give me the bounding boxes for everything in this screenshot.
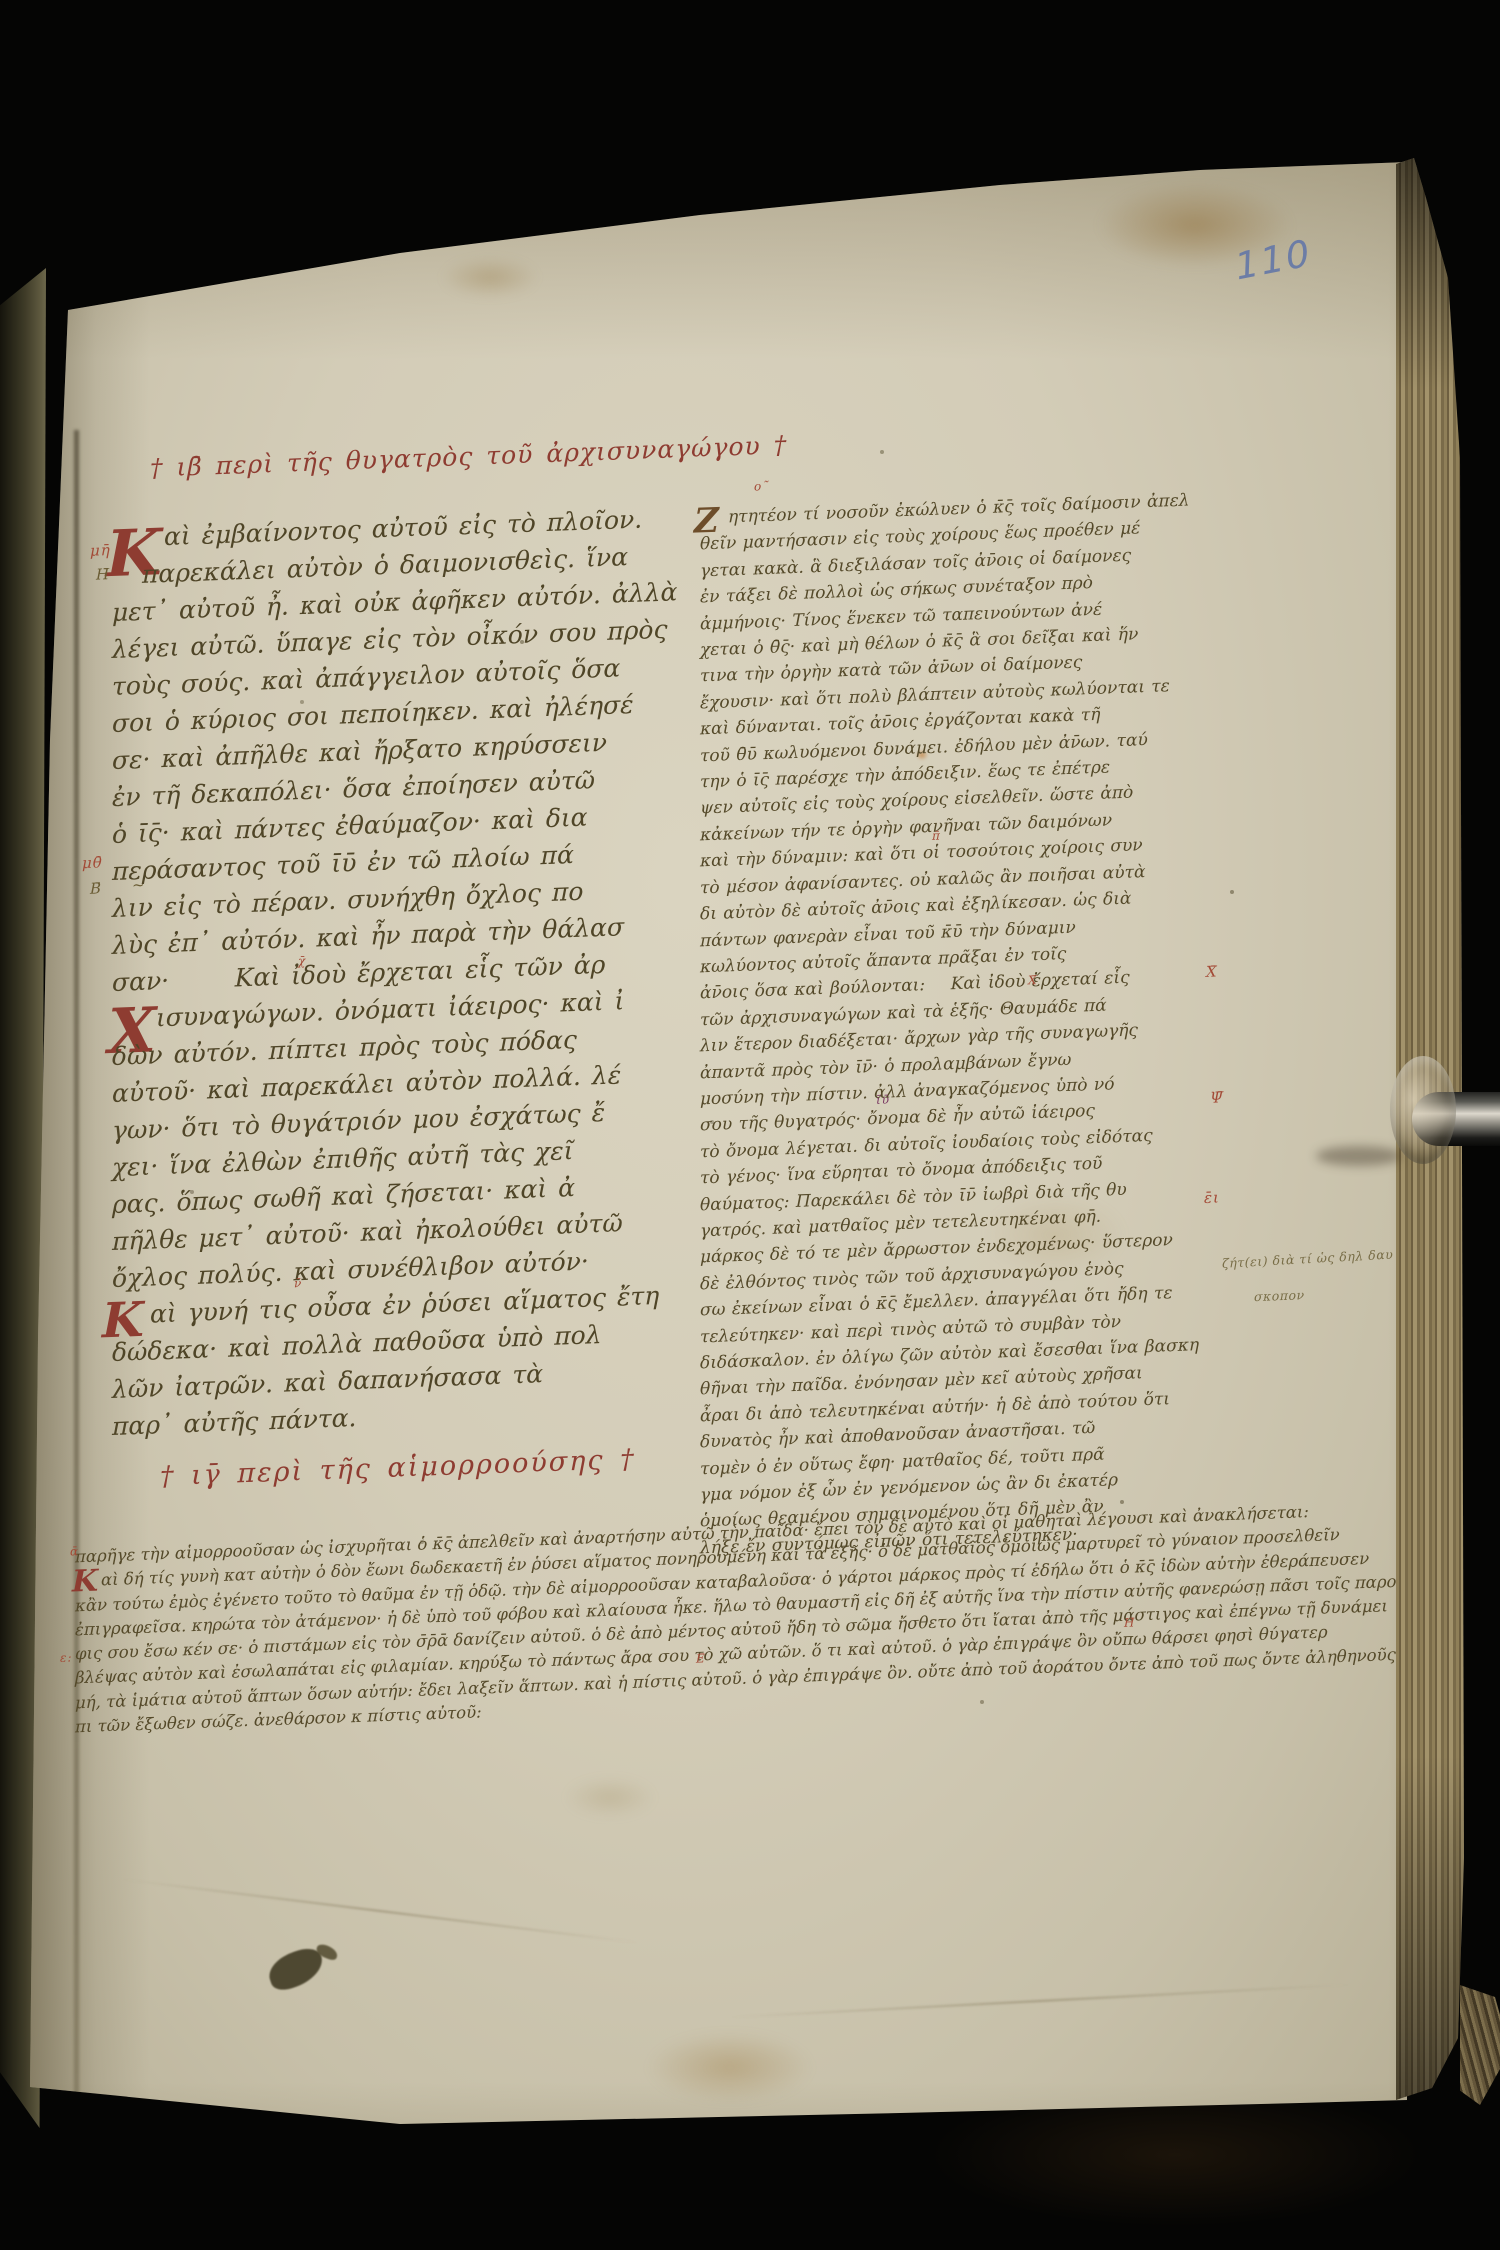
marginal-gloss-line: σκοπον [1254, 1287, 1305, 1304]
folio-number: 110 [1232, 231, 1314, 288]
page-holder-tip[interactable] [1390, 1056, 1456, 1164]
ammonian-section-number: μθ̄ [82, 853, 103, 872]
chapter-heading-12: † ιβ̄ περὶ τῆς θυγατρὸς τοῦ ἀρχισυναγώγο… [150, 430, 787, 482]
ammonian-section-number: μη̄ [90, 541, 111, 560]
section-mark-nu: ν̄ [294, 1276, 302, 1290]
manuscript-page[interactable]: 110 † ιβ̄ περὶ τῆς θυγατρὸς τοῦ ἀρχισυνα… [30, 140, 1478, 2250]
catena-footer-block: παρῆγε τὴν αἱμορροοῦσαν ὡς ἰσχυρῆται ὁ κ… [75, 1502, 1270, 1740]
chapter-heading-13: † ιγ̄ περὶ τῆς αἱμορροούσης † [160, 1444, 636, 1492]
paragraph-tilde: ~ [132, 876, 146, 894]
commentary-reference-mark: Χ̄ [1028, 973, 1038, 987]
right-margin-mark: Ψ̄ [1210, 1088, 1224, 1107]
marginal-gloss-line: ζήτ(ει) διὰ τί ὡς δηλ δαυ [1222, 1247, 1394, 1271]
clip-shadow [1316, 1146, 1402, 1166]
gospel-text-column: αὶ ἐμβαίνοντος αὐτοῦ εἰς τὸ πλοῖον.παρεκ… [112, 500, 652, 1445]
right-margin-mark: ε̄ι [1204, 1188, 1220, 1207]
parchment-stain [645, 145, 765, 205]
right-margin-mark: Χ̄ [1206, 962, 1218, 980]
parchment-specks [30, 140, 34, 144]
photo-backdrop: 110 † ιβ̄ περὶ τῆς θυγατρὸς τοῦ ἀρχισυνα… [0, 0, 1500, 2250]
nomen-sacrum-mark: ῑῡ [876, 1092, 890, 1107]
page-content: 110 † ιβ̄ περὶ τῆς θυγατρὸς τοῦ ἀρχισυνα… [30, 87, 1478, 2250]
commentary-reference-mark: π̄ [932, 829, 941, 843]
footer-superscript-mark: Η̄ [1124, 1615, 1135, 1629]
commentary-reference-mark: ο῀ [754, 479, 769, 494]
footer-margin-mark: ᾱ [70, 1544, 79, 1558]
eusebian-canon-letter: Β̄ [90, 879, 102, 897]
footer-superscript-mark: Ε̄ [696, 1651, 706, 1665]
section-mark-chi: χ̄ [298, 954, 306, 968]
eusebian-canon-letter: Η̄ [96, 565, 110, 584]
footer-margin-mark: ε: [60, 1650, 72, 1664]
commentary-column: ητητέον τί νοσοῦν ἐκώλυεν ὁ κ̄ς̄ τοῖς δα… [700, 487, 1200, 1562]
